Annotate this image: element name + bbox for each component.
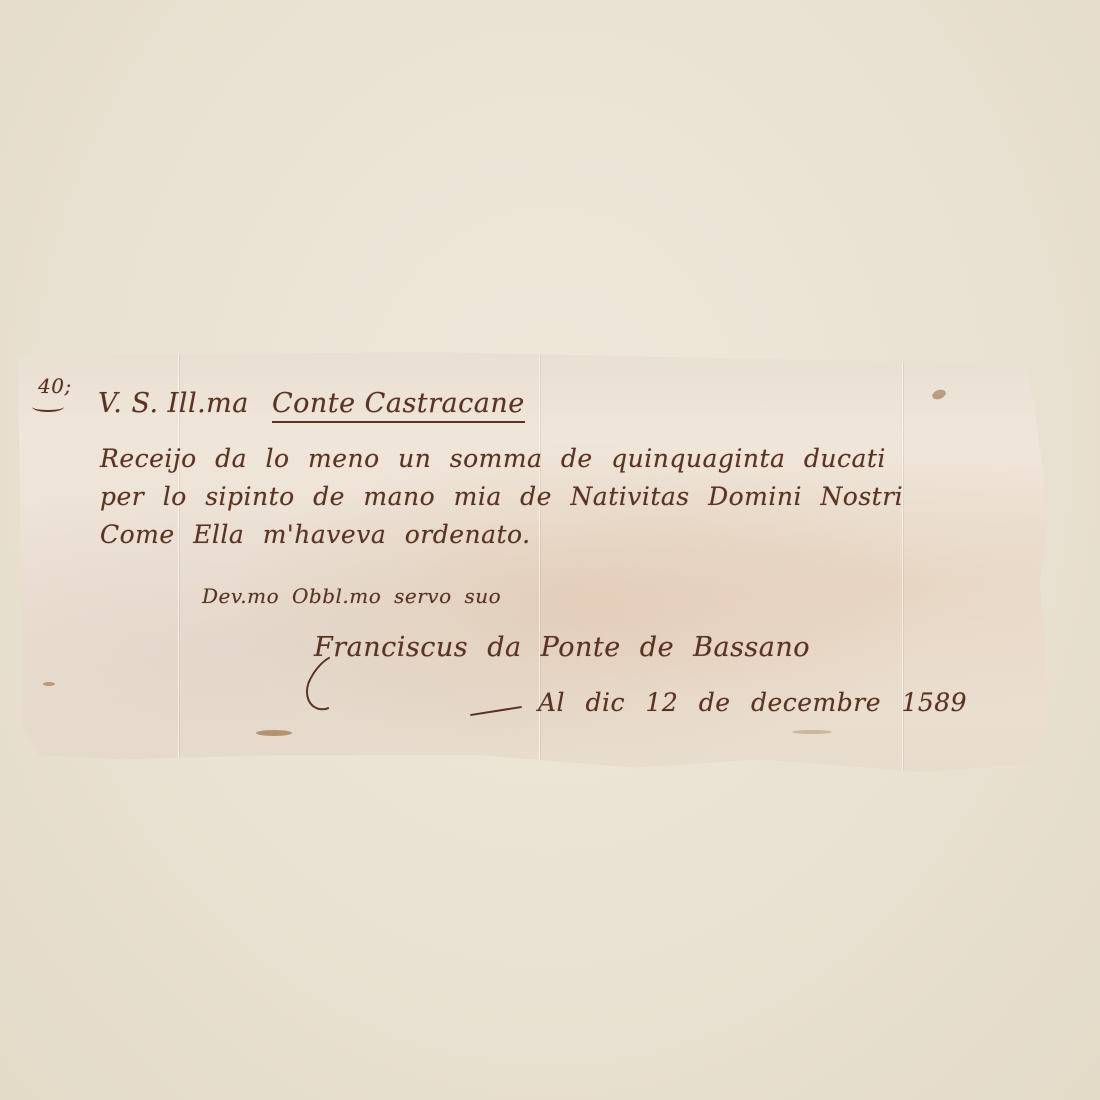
date-dash bbox=[470, 706, 522, 716]
closing-formula: Dev.mo Obbl.mo servo suo bbox=[202, 584, 501, 608]
folio-number: 40; bbox=[38, 374, 72, 398]
body-line-2: per lo sipinto de mano mia de Nativitas … bbox=[100, 482, 903, 511]
addressee-line: V. S. Ill.ma Conte Castracane bbox=[98, 388, 525, 419]
date-line: Al dic 12 de decembre 1589 bbox=[538, 688, 967, 717]
addressee-title: V. S. Ill.ma bbox=[98, 388, 249, 419]
manuscript-receipt: 40; V. S. Ill.ma Conte Castracane Receij… bbox=[18, 352, 1048, 772]
ink-stain bbox=[931, 388, 947, 401]
addressee-name: Conte Castracane bbox=[272, 388, 525, 423]
body-line-1: Receijo da lo meno un somma de quinquagi… bbox=[100, 444, 886, 473]
folio-flourish bbox=[32, 402, 64, 412]
seal-residue bbox=[792, 730, 832, 734]
signature: Franciscus da Ponte de Bassano bbox=[314, 632, 810, 663]
body-line-3: Come Ella m'haveva ordenato. bbox=[100, 520, 531, 549]
seal-residue bbox=[256, 730, 292, 736]
ink-stain bbox=[43, 682, 55, 686]
